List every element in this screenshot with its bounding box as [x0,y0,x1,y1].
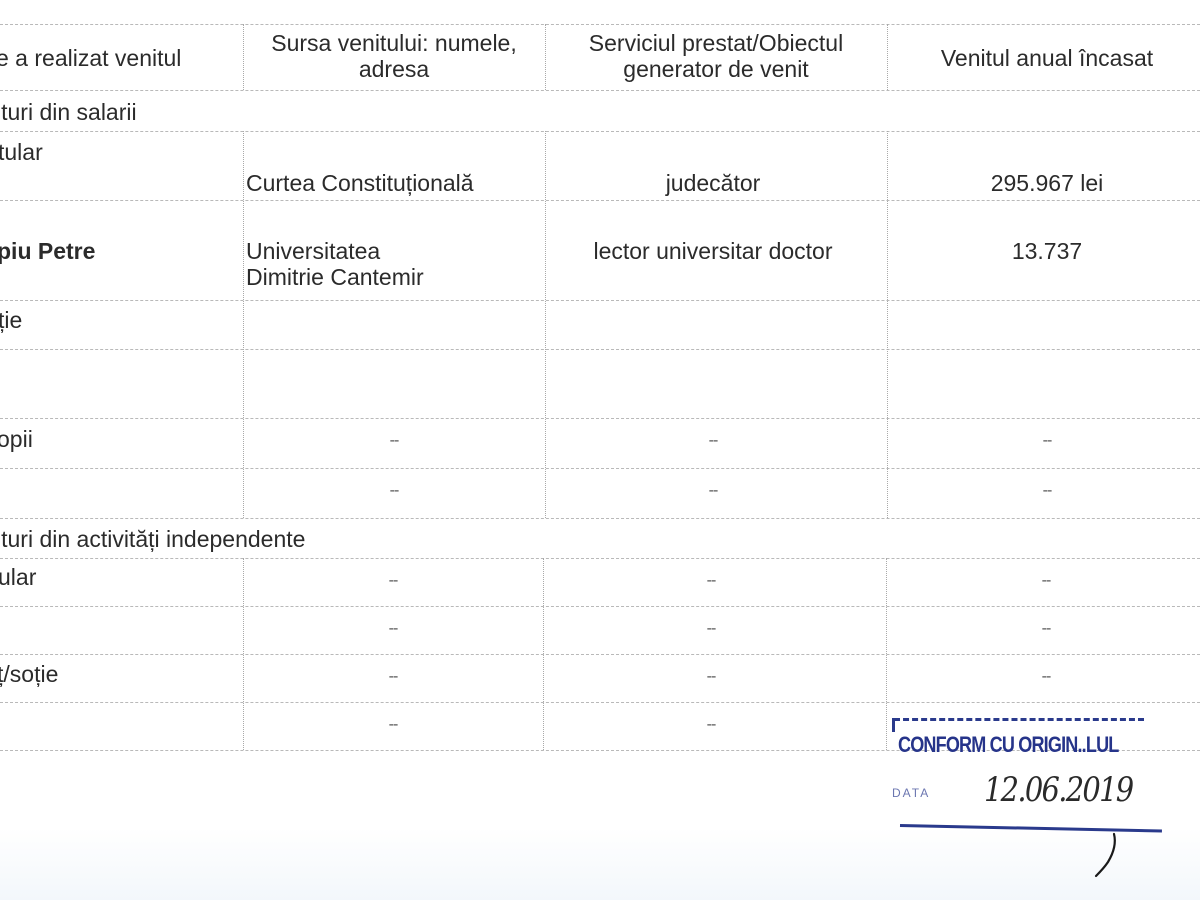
row-service: -- [543,712,879,738]
grid-line [0,702,1200,703]
grid-line [0,90,1200,91]
row-income: 295.967 lei [887,170,1200,196]
stamp-text: CONFORM CU ORIGIN..LUL [898,732,1118,758]
row-income: -- [886,664,1200,690]
row-source: -- [243,664,543,690]
row-holder: ț/soție [0,661,58,687]
grid-line [243,131,244,518]
section-title-salaries: ituri din salarii [0,99,137,125]
row-source: -- [243,428,545,454]
row-holder: tular [0,139,43,165]
grid-line [0,24,1200,25]
row-service: -- [543,616,879,642]
grid-line [0,606,1200,607]
grid-line [0,300,1200,301]
stamp-border [892,718,895,732]
header-service-line2: generator de venit [545,56,887,82]
row-income: -- [887,478,1200,504]
row-income: -- [886,616,1200,642]
row-income: 13.737 [887,238,1200,264]
signature-mark [1092,832,1122,878]
scanned-document-page: e a realizat venitul Sursa venitului: nu… [0,0,1200,900]
row-service: -- [545,428,881,454]
row-source: -- [243,712,543,738]
row-source: -- [243,478,545,504]
row-income: -- [887,428,1200,454]
row-source: -- [243,568,543,594]
row-service: -- [545,478,881,504]
grid-line [0,518,1200,519]
header-income-source: Sursa venitului: numele, adresa [243,30,545,82]
grid-line [0,468,1200,469]
grid-line [0,131,1200,132]
row-service: lector universitar doctor [545,238,881,264]
row-source: -- [243,616,543,642]
row-source-line1: Universitatea [246,238,424,264]
row-source-line2: Dimitrie Cantemir [246,264,424,290]
section-title-independent: ituri din activități independente [0,526,305,552]
stamp-border [894,718,1144,721]
row-holder: ular [0,564,36,590]
header-income-source-line1: Sursa venitului: numele, [243,30,545,56]
header-income-source-line2: adresa [243,56,545,82]
stamp-handwritten-date: 12.06.2019 [984,770,1132,810]
row-source: Universitatea Dimitrie Cantemir [246,238,424,290]
header-income-holder: e a realizat venitul [0,45,181,71]
row-holder: piu Petre [0,238,95,264]
stamp-underline [900,824,1162,832]
row-holder: ție [0,307,22,333]
certified-copy-stamp: CONFORM CU ORIGIN..LUL DATA 12.06.2019 [890,714,1180,844]
grid-line [0,418,1200,419]
grid-line [0,654,1200,655]
row-holder: opii [0,426,33,452]
grid-line [0,558,1200,559]
grid-line [0,349,1200,350]
row-income: -- [886,568,1200,594]
stamp-date-label: DATA [892,786,930,800]
row-service: -- [543,664,879,690]
header-annual-income: Venitul anual încasat [887,45,1200,71]
row-service: judecător [545,170,881,196]
row-service: -- [543,568,879,594]
header-service: Serviciul prestat/Obiectul generator de … [545,30,887,82]
grid-line [0,200,1200,201]
row-source: Curtea Constituțională [246,170,474,196]
header-service-line1: Serviciul prestat/Obiectul [545,30,887,56]
